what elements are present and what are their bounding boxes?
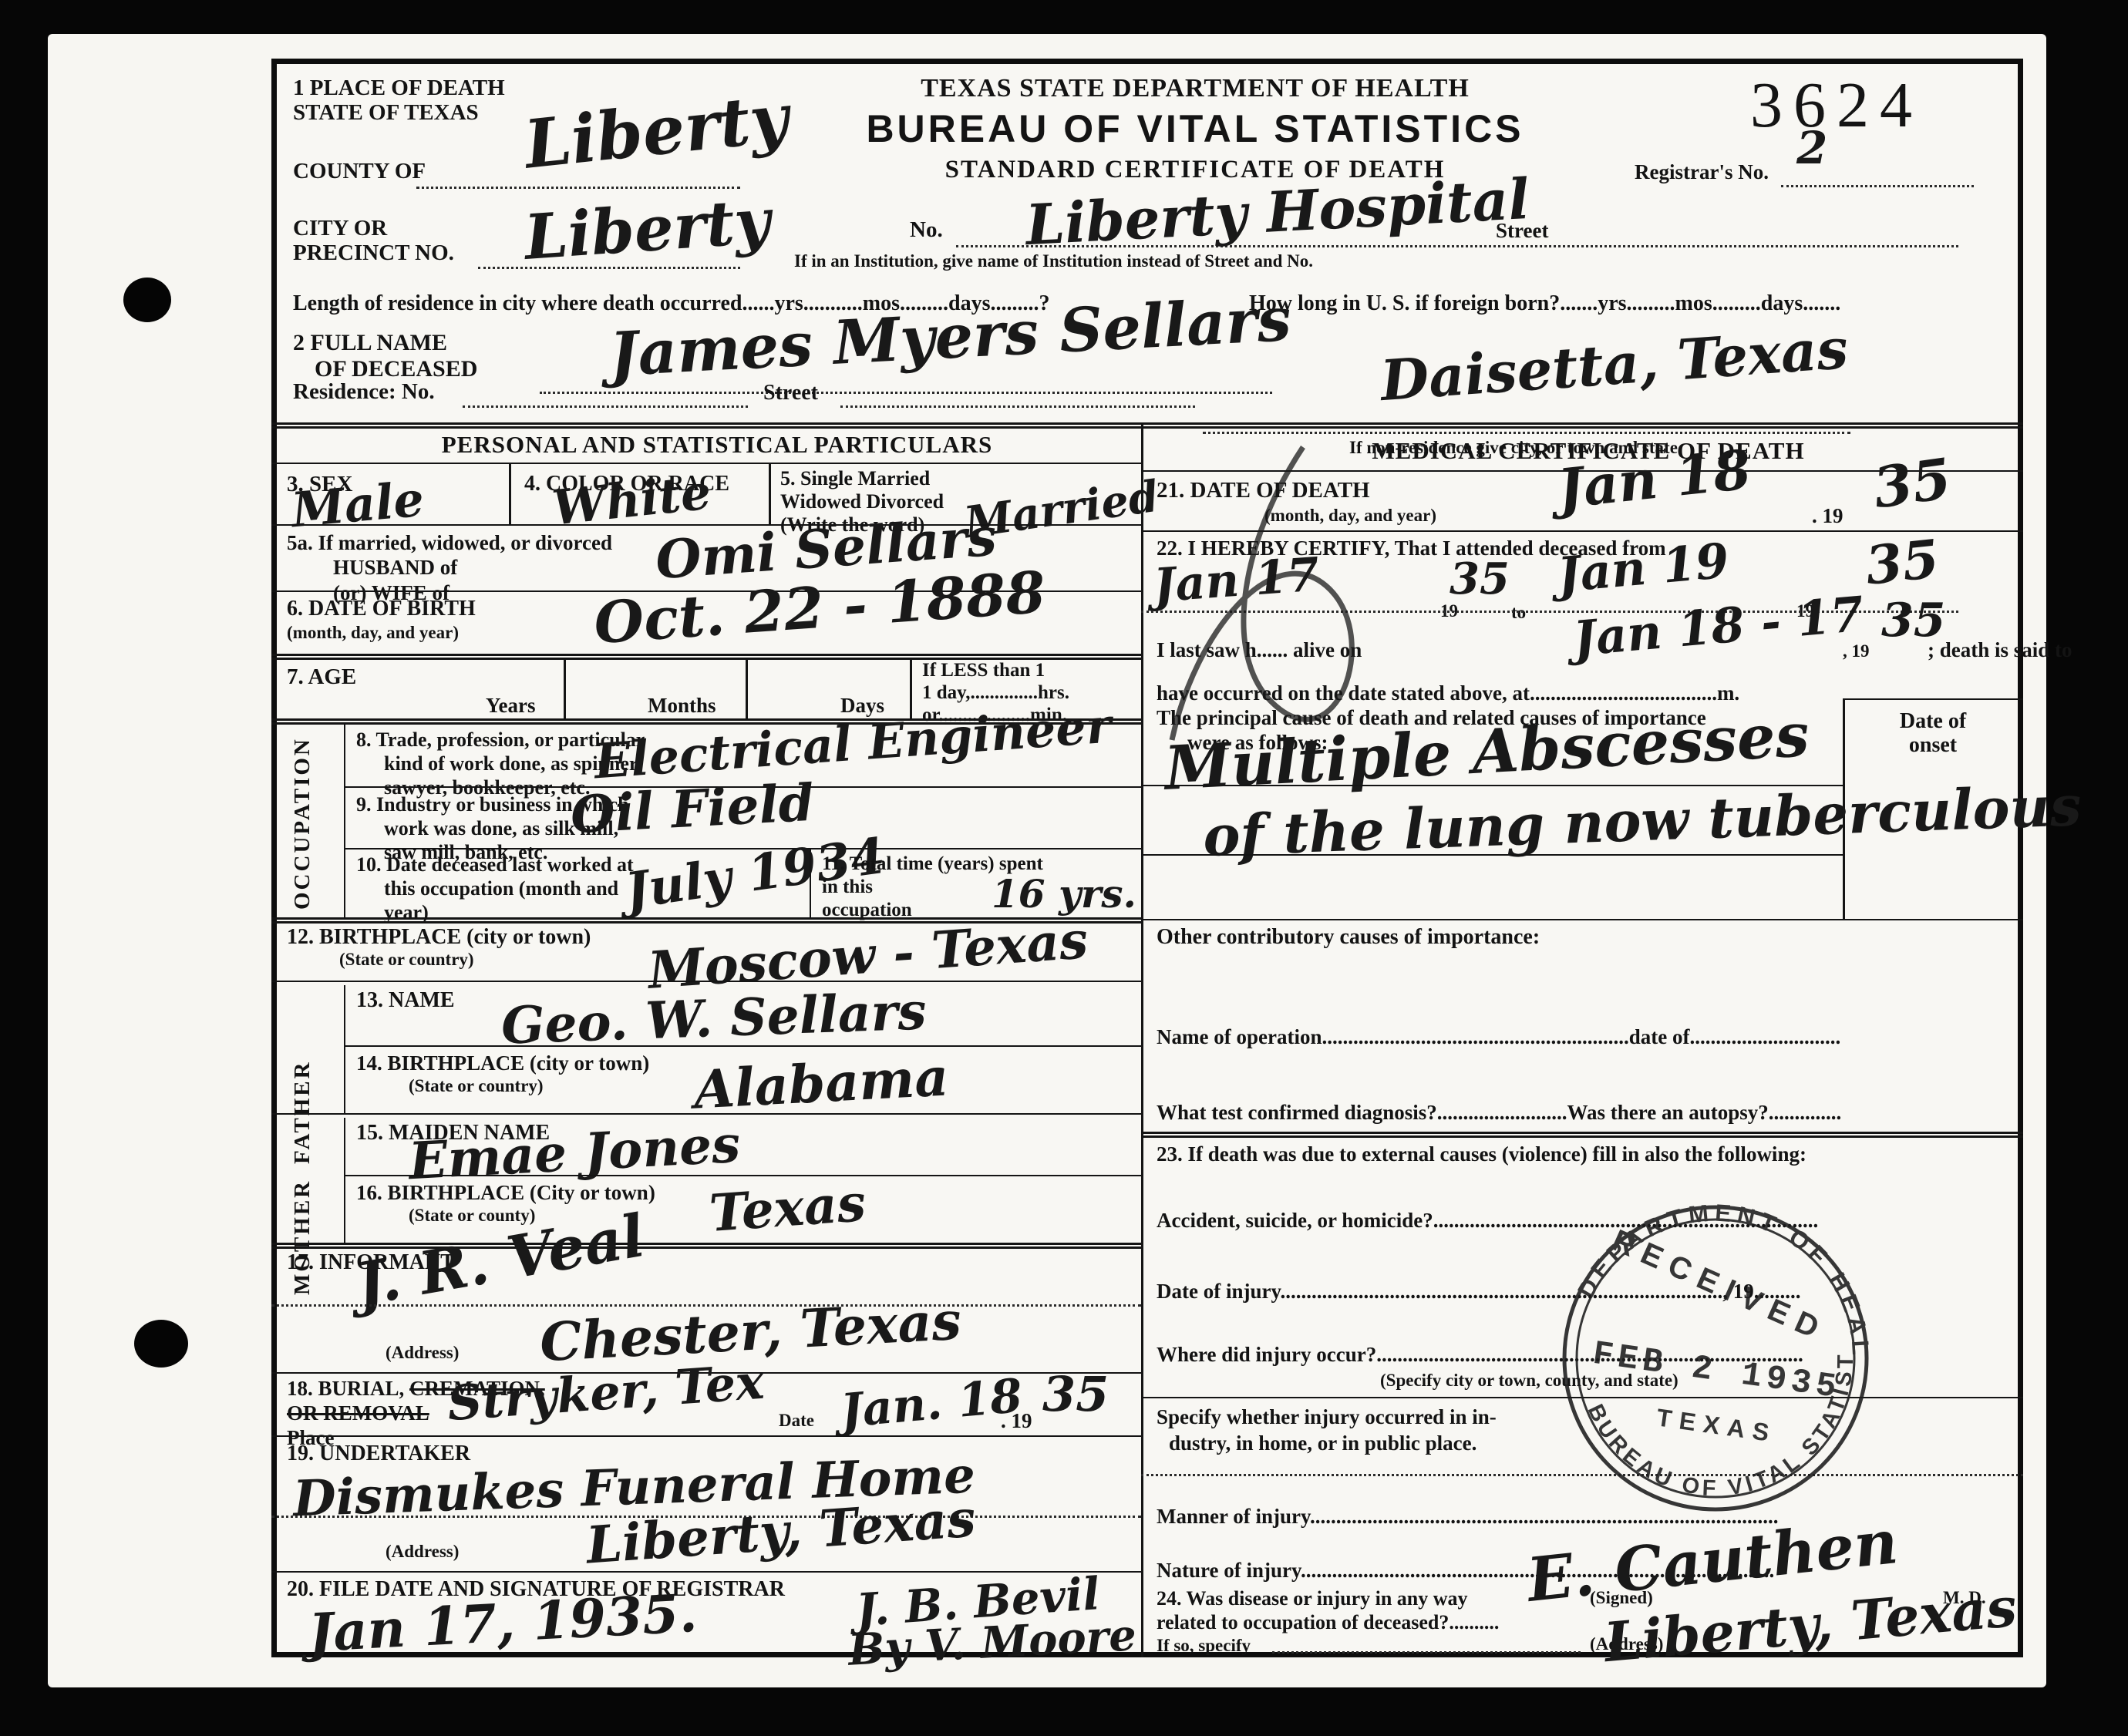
age-label: 7. AGE: [287, 664, 356, 689]
fullname-label: 2 FULL NAME OF DECEASED: [293, 330, 477, 382]
occupation-bracket-line: [344, 725, 345, 917]
injury-specify-line1: Specify whether injury occurred in in-: [1157, 1405, 1497, 1431]
state-line: STATE OF TEXAS: [293, 100, 505, 125]
section-top-rule: [271, 422, 2023, 429]
onset-label-line1: Date of: [1847, 709, 2019, 733]
lastsaw-year-pre: , 19: [1843, 641, 1870, 661]
department-title: TEXAS STATE DEPARTMENT OF HEALTH: [771, 74, 1619, 103]
rule-below-row13: [344, 1045, 1141, 1047]
registrar-dotted-line: [1781, 185, 1974, 187]
rule-above-contributory: [1141, 919, 2023, 920]
city-label-line1: CITY OR: [293, 216, 454, 241]
injury-specify-label: Specify whether injury occurred in in- d…: [1157, 1405, 1497, 1457]
place-heading-line: 1 PLACE OF DEATH: [293, 76, 505, 100]
age-divider-2: [746, 660, 748, 718]
industry-value-handwriting: Oil Field: [569, 772, 815, 845]
undertaker-label: 19. UNDERTAKER: [287, 1442, 470, 1465]
race-marital-divider: [769, 463, 771, 524]
burial-date-label: Date: [779, 1411, 814, 1431]
lastworked-label: 10. Date deceased last worked at this oc…: [356, 853, 634, 925]
injury-specify-line2: dustry, in home, or in public place.: [1157, 1431, 1497, 1457]
rule-below-row12: [271, 981, 1141, 982]
ifso-label: If so, specify: [1157, 1636, 1251, 1656]
left-section-title: PERSONAL AND STATISTICAL PARTICULARS: [324, 432, 1110, 459]
age-divider-3: [910, 660, 912, 718]
father-name-label: 13. NAME: [356, 988, 455, 1012]
rule-below-row5: [271, 524, 1141, 526]
street-word-label: Street: [1496, 219, 1548, 242]
bureau-title: BUREAU OF VITAL STATISTICS: [771, 106, 1619, 151]
occupation-vertical-label: OCCUPATION: [290, 740, 315, 910]
onset-box-top-border: [1843, 698, 2023, 700]
residence-street-label: Street: [763, 381, 818, 405]
pen-flourish: [1149, 432, 1503, 755]
age-less-line1: If LESS than 1: [922, 660, 1069, 682]
foreign-born-line: How long in U. S. if foreign born?......…: [1249, 291, 1840, 315]
punch-hole-bottom: [134, 1320, 188, 1368]
mother-bp-value-handwriting: Texas: [708, 1172, 868, 1243]
dod-year-pre: . 19: [1812, 504, 1843, 527]
registrar-no-value: 2: [1796, 122, 1827, 174]
rule-below-test: [1141, 1132, 2023, 1138]
dod-year-value: 35: [1870, 445, 1955, 520]
street-no-label: No.: [910, 217, 943, 242]
rule-below-row15: [344, 1175, 1141, 1176]
fullname-dotted-line: [540, 392, 1272, 394]
burial-year-value: 35: [1042, 1366, 1109, 1422]
operation-line: Name of operation.......................…: [1157, 1025, 1840, 1048]
dob-sub: (month, day, and year): [287, 623, 459, 643]
lastworked-line1: 10. Date deceased last worked at: [356, 853, 634, 876]
institution-note: If in an Institution, give name of Insti…: [794, 251, 1313, 271]
column-divider: [1141, 422, 1143, 1657]
age-less-line2: 1 day,..............hrs.: [922, 682, 1069, 705]
residence-no-dotted: [463, 405, 748, 408]
spouse-label-line1: 5a. If married, widowed, or divorced: [287, 530, 612, 555]
mother-bp-label: 16. BIRTHPLACE (City or town): [356, 1181, 655, 1204]
rule-below-dob: [271, 654, 1141, 660]
death-said-label: ; death is said to: [1928, 638, 2072, 661]
spouse-label-line2: HUSBAND of: [287, 555, 612, 580]
burial-year-pre: . 19: [1001, 1409, 1032, 1432]
birthplace-sub: (State or country): [339, 950, 474, 970]
onset-label: Date of onset: [1847, 709, 2019, 758]
scanned-death-certificate: 1 PLACE OF DEATH STATE OF TEXAS COUNTY O…: [0, 0, 2128, 1736]
rule-below-row18: [271, 1435, 1141, 1437]
age-divider-1: [564, 660, 566, 718]
marital-label-line2: Widowed Divorced: [780, 490, 944, 513]
received-date-stamp: DEPARTMENT OF HEALTH BUREAU OF VITAL STA…: [1546, 1189, 1885, 1528]
city-precinct-label: CITY OR PRECINCT NO.: [293, 216, 454, 266]
fullname-label-line2: OF DECEASED: [293, 356, 477, 382]
stamp-date-text: FEB 2 1935: [1591, 1335, 1843, 1408]
fullname-label-line1: 2 FULL NAME: [293, 330, 477, 356]
sex-race-divider: [509, 463, 511, 524]
stamp-state-text: TEXAS: [1655, 1403, 1778, 1447]
city-label-line2: PRECINCT NO.: [293, 241, 454, 265]
spouse-label: 5a. If married, widowed, or divorced HUS…: [287, 530, 612, 605]
certify-to-year: 35: [1863, 528, 1941, 597]
contributory-label: Other contributory causes of importance:: [1157, 925, 1540, 949]
certificate-number: 3624: [1750, 68, 1923, 143]
lastworked-line2: this occupation (month and: [356, 876, 634, 900]
birthplace-label: 12. BIRTHPLACE (city or town): [287, 925, 591, 949]
marital-label-line1: 5. Single Married: [780, 467, 944, 490]
rule-below-row14: [271, 1113, 1141, 1115]
test-line: What test confirmed diagnosis?..........…: [1157, 1101, 1841, 1124]
informant-addr-label: (Address): [386, 1343, 459, 1363]
father-bracket-line: [344, 985, 345, 1113]
row10-11-divider: [810, 848, 811, 917]
rule-below-row19: [271, 1571, 1141, 1573]
age-years-label: Years: [486, 694, 535, 717]
residence-label: Residence: No.: [293, 379, 435, 404]
undertaker-addr-label: (Address): [386, 1542, 459, 1562]
onset-label-line2: onset: [1847, 733, 2019, 757]
disease-line1: 24. Was disease or injury in any way: [1157, 1586, 1499, 1610]
totaltime-value-handwriting: 16 yrs.: [992, 871, 1136, 917]
dob-label: 6. DATE OF BIRTH: [287, 597, 476, 621]
residence-street-dotted: [840, 405, 1195, 408]
sex-value-handwriting: Male: [289, 471, 426, 539]
punch-hole-top: [123, 278, 171, 322]
county-dotted-line: [416, 187, 740, 189]
age-months-label: Months: [648, 694, 716, 717]
burial-label-pre: 18. BURIAL,: [287, 1377, 404, 1400]
ifso-dotted: [1272, 1651, 1581, 1654]
external-line: 23. If death was due to external causes …: [1157, 1142, 1806, 1166]
place-of-death-heading: 1 PLACE OF DEATH STATE OF TEXAS: [293, 76, 505, 126]
father-bp-sub: (State or country): [409, 1076, 544, 1096]
father-bp-label: 14. BIRTHPLACE (city or town): [356, 1051, 649, 1075]
disease-line2: related to occupation of deceased?......…: [1157, 1610, 1499, 1634]
disease-occupation-label: 24. Was disease or injury in any way rel…: [1157, 1586, 1499, 1634]
county-label: COUNTY OF: [293, 159, 426, 183]
mother-bracket-line: [344, 1118, 345, 1243]
registrar-no-label: Registrar's No.: [1635, 160, 1769, 183]
cause-rule-2: [1141, 854, 1843, 856]
